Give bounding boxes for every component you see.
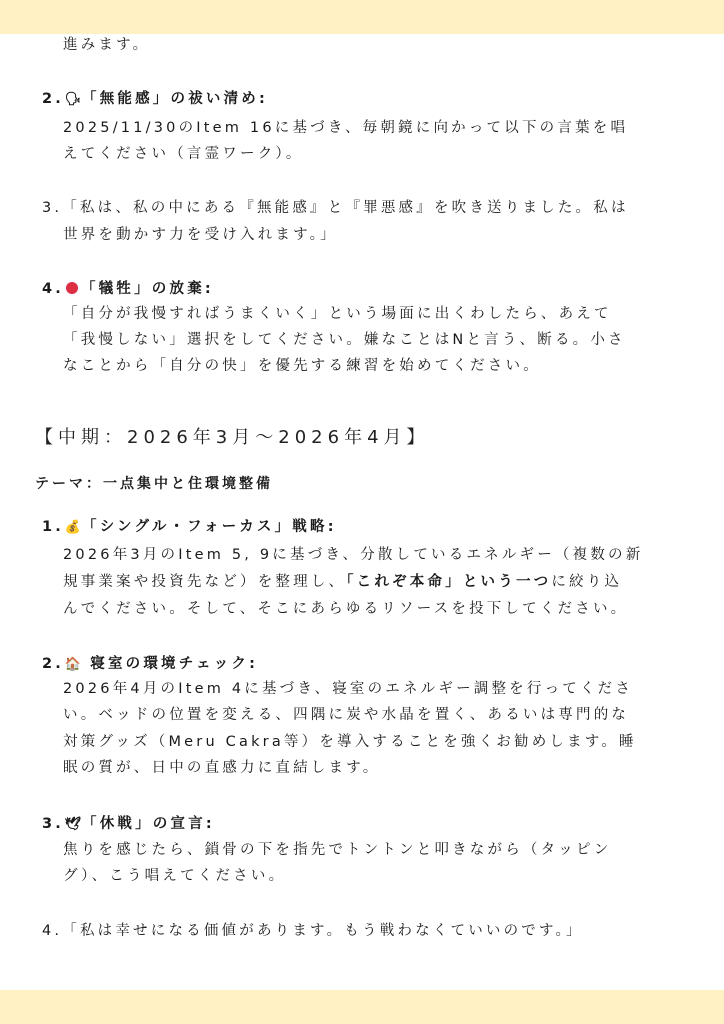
item-title: 「無能感」の祓い清め: (82, 91, 268, 107)
item-title: 「休戦」の宣言: (82, 816, 215, 832)
house-icon: 🏠 (64, 655, 82, 675)
list-item-title: 4.「犠牲」の放棄: (42, 279, 214, 299)
item-body-line: グ）、こう唱えてください。 (63, 866, 286, 886)
item-body-line: 「我慢しない」選択をしてください。嫌なことはNと言う、断る。小さ (63, 330, 626, 350)
item-number: 4. (42, 281, 64, 297)
dove-icon: 🕊 (64, 815, 82, 835)
item-body-line: なことから「自分の快」を優先する練習を始めてください。 (63, 356, 541, 376)
list-item-title: 1.💰「シングル・フォーカス」戦略: (42, 517, 337, 538)
list-item-title: 2.🏠 寝室の環境チェック: (42, 654, 258, 675)
list-item-quote: 4.「私は幸せになる価値があります。もう戦わなくていいのです。」 (42, 921, 584, 941)
item-number: 3. (42, 200, 62, 216)
item-number: 3. (42, 816, 64, 832)
item-body-line: 2026年4月のItem 4に基づき、寝室のエネルギー調整を行ってくださ (63, 679, 633, 699)
item-body-line: 焦りを感じたら、鎖骨の下を指先でトントンと叩きながら（タッピン (63, 840, 611, 860)
item-title: 「犠牲」の放棄: (81, 281, 214, 297)
document-page: 進みます。 2.🗣「無能感」の祓い清め: 2025/11/30のItem 16に… (0, 34, 724, 990)
item-quote-text: 世界を動かす力を受け入れます。」 (63, 225, 338, 245)
item-number: 1. (42, 519, 64, 535)
item-title: 寝室の環境チェック: (90, 656, 258, 672)
item-quote-text: 「私は、私の中にある『無能感』と『罪悪感』を吹き送りました。私は (62, 200, 628, 216)
list-item-title: 2.🗣「無能感」の祓い清め: (42, 89, 268, 110)
list-item-title: 3.🕊「休戦」の宣言: (42, 814, 215, 835)
item-body-line: んでください。そして、そこにあらゆるリソースを投下してください。 (63, 599, 628, 619)
item-body-line: 規事業案や投資先など）を整理し、「これぞ本命」という一つに絞り込 (63, 572, 622, 592)
speaking-head-icon: 🗣 (64, 90, 82, 110)
item-body-line: い。ベッドの位置を変える、四隅に炭や水晶を置く、あるいは専門的な (63, 705, 629, 725)
list-item-quote: 3.「私は、私の中にある『無能感』と『罪悪感』を吹き送りました。私は (42, 198, 629, 218)
item-body-line: 対策グッズ（Meru Cakra等）を導入することを強くお勧めします。睡 (63, 732, 637, 752)
item-body-line: 眠の質が、日中の直感力に直結します。 (63, 758, 380, 778)
page-footer-band (0, 990, 724, 1024)
item-number: 2. (42, 656, 64, 672)
item-body-text: 規事業案や投資先など）を整理し、 (63, 574, 346, 590)
item-body-line: えてください（言霊ワーク）。 (63, 144, 304, 164)
item-body-line: 2025/11/30のItem 16に基づき、毎朝鏡に向かって以下の言葉を唱 (63, 118, 628, 138)
item-body-line: 2026年3月のItem 5, 9に基づき、分散しているエネルギー（複数の新 (63, 545, 643, 565)
money-bag-icon: 💰 (64, 518, 82, 538)
item-body-emphasis: 「これぞ本命」という一つ (346, 574, 551, 590)
item-number: 4. (42, 923, 62, 939)
intro-tail-text: 進みます。 (63, 35, 150, 55)
page-header-band (0, 0, 724, 34)
item-body-text: に絞り込 (551, 574, 622, 590)
section-theme: テーマ：一点集中と住環境整備 (35, 474, 273, 494)
item-quote-text: 「私は幸せになる価値があります。もう戦わなくていいのです。」 (62, 923, 583, 939)
item-title: 「シングル・フォーカス」戦略: (82, 519, 337, 535)
item-number: 2. (42, 91, 64, 107)
red-circle-icon (66, 282, 78, 294)
section-heading: 【中期：2026年3月～2026年4月】 (35, 426, 430, 450)
item-body-line: 「自分が我慢すればうまくいく」という場面に出くわしたら、あえて (63, 304, 612, 324)
